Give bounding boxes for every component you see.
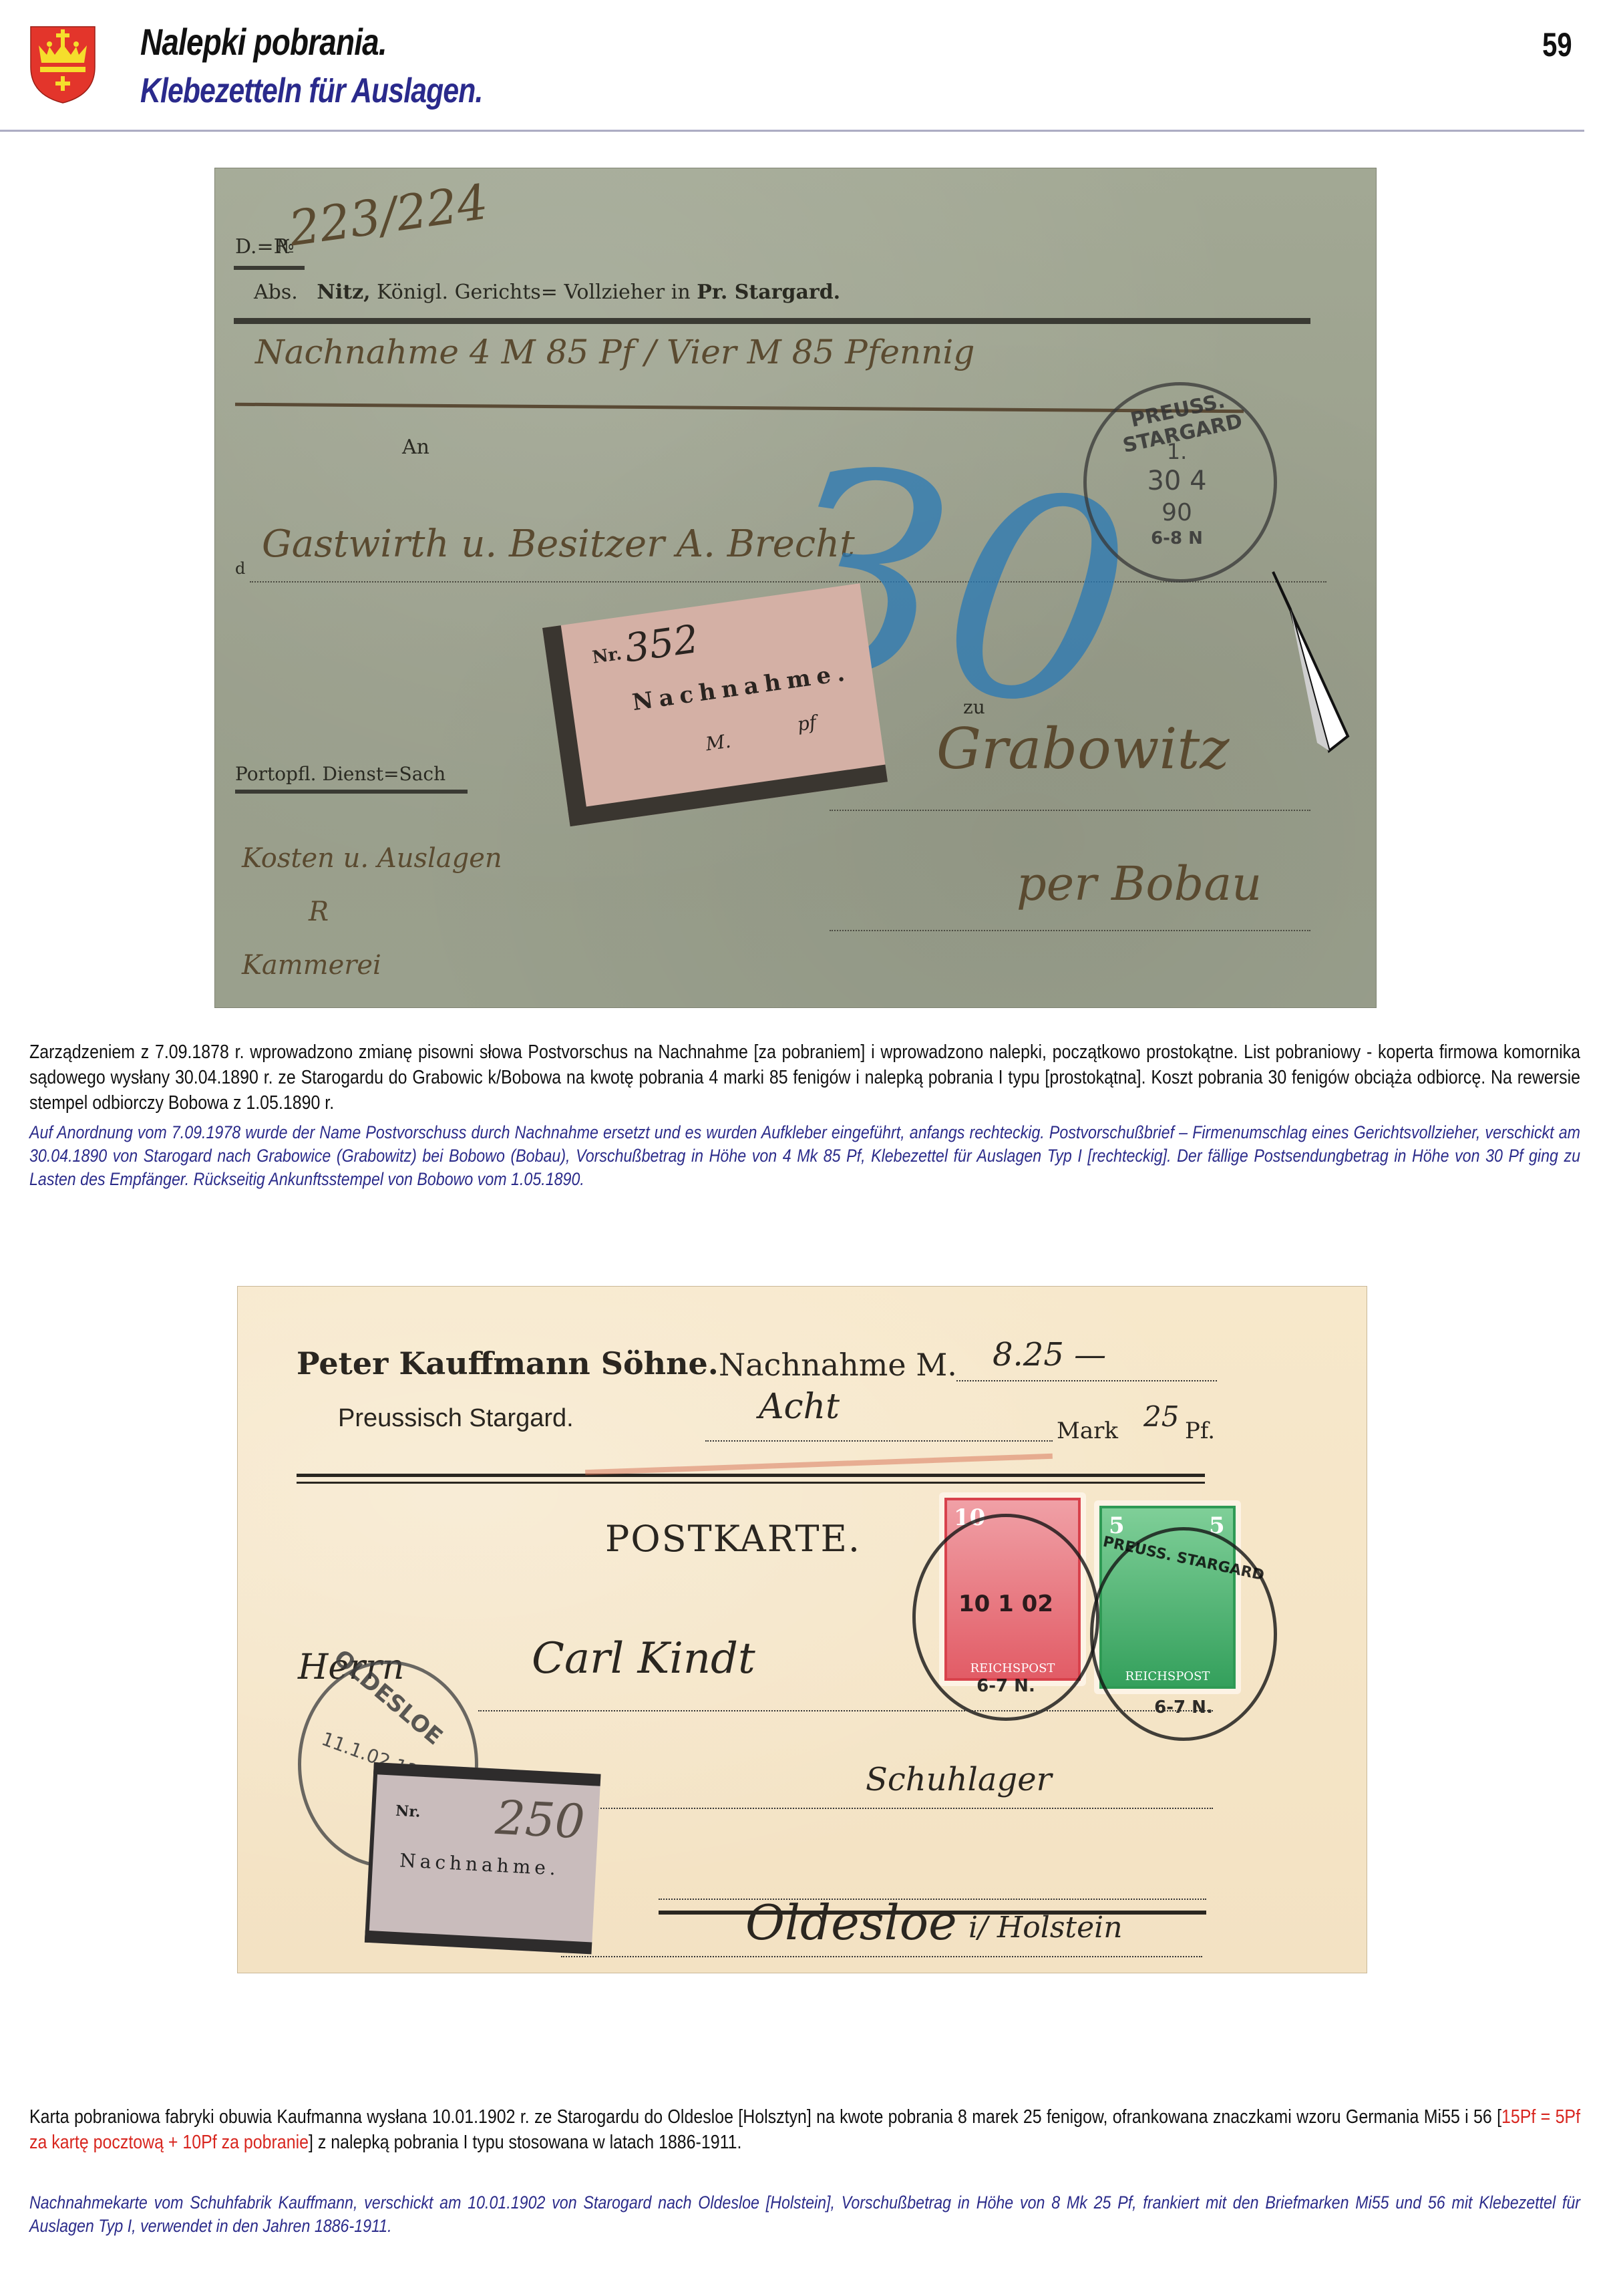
sender-title: Königl. Gerichts= Vollzieher in <box>377 281 691 304</box>
handwritten-cod-amount: Nachnahme 4 M 85 Pf / Vier M 85 Pfennig <box>255 333 974 371</box>
coat-of-arms-icon <box>29 25 96 104</box>
label-pf: pf <box>796 711 818 735</box>
city-rule <box>659 1911 1206 1915</box>
handwritten-register-number: 223/224 <box>286 174 492 257</box>
region-dotted-line <box>561 1956 1202 1957</box>
caption-2-german: Nachnahmekarte vom Schuhfabrik Kauffmann… <box>29 2191 1580 2238</box>
header-rule-bottom <box>297 1482 1205 1484</box>
caption-1-polish: Zarządzeniem z 7.09.1878 r. wprowadzono … <box>29 1039 1580 1116</box>
amount-words-dotted-line <box>705 1440 1053 1442</box>
handwritten-via: per Bobau <box>1017 856 1262 911</box>
handwritten-note-3: Kammerei <box>242 950 381 981</box>
cancel-stargard-1: 10 1 02 6-7 N. <box>912 1514 1099 1721</box>
recipient-dotted-line <box>478 1710 1213 1711</box>
firm-name: Peter Kauffmann Söhne. <box>297 1345 719 1381</box>
pointer-arrow-icon <box>1270 569 1351 756</box>
handwritten-pf: 25 <box>1143 1400 1179 1433</box>
mark-label: Mark <box>1057 1418 1118 1444</box>
city-dotted-line <box>659 1899 1206 1900</box>
cover-envelope-1890: D.=R № 223/224 Abs. Nitz, Königl. Gerich… <box>215 168 1376 1007</box>
label-nr-prefix: Nr. <box>591 644 623 668</box>
sender-prefix: Abs. <box>254 281 298 304</box>
firm-town: Preussisch Stargard. <box>338 1404 574 1433</box>
label2-title: Nachnahme. <box>399 1849 560 1880</box>
cod-label-1902: Nr. 250 Nachnahme. <box>365 1762 601 1954</box>
page-subtitle: Klebezetteln für Auslagen. <box>140 71 483 111</box>
page-title: Nalepki pobrania. <box>140 20 387 63</box>
handwritten-city: Oldesloe <box>745 1895 957 1951</box>
caption-1-german: Auf Anordnung vom 7.09.1978 wurde der Na… <box>29 1121 1580 1191</box>
label2-nr-value: 250 <box>494 1790 586 1850</box>
nachnahme-label: Nachnahme M. <box>719 1347 957 1383</box>
handwritten-occupation: Schuhlager <box>866 1761 1052 1798</box>
via-dotted-line <box>830 930 1310 931</box>
caption-2-polish: Karta pobraniowa fabryki obuwia Kaufmann… <box>29 2104 1580 2155</box>
sender-name: Nitz, <box>317 281 370 304</box>
amount-dotted-line <box>956 1380 1217 1381</box>
handwritten-amount: 8.25 — <box>993 1336 1106 1373</box>
page-number: 59 <box>1543 25 1573 64</box>
cancel-stargard-2: PREUSS. STARGARD 6-7 N. <box>1090 1527 1277 1741</box>
header-divider <box>0 130 1584 132</box>
amount-underline <box>235 403 1244 414</box>
sender-town: Pr. Stargard. <box>697 281 840 304</box>
service-label: Portopfl. Dienst=Sach <box>235 763 445 785</box>
postkarte-title: POSTKARTE. <box>605 1518 861 1560</box>
handwritten-note-2: R <box>309 896 329 927</box>
handwritten-region: i/ Holstein <box>968 1911 1123 1945</box>
register-underline <box>234 266 305 270</box>
sender-rule <box>234 318 1310 324</box>
service-rule <box>235 790 468 794</box>
label-title: Nachnahme. <box>631 659 852 716</box>
label-mark: M. <box>704 730 732 756</box>
destination-dotted-line <box>830 810 1310 811</box>
label2-nr-prefix: Nr. <box>395 1802 421 1821</box>
sender-line: Abs. Nitz, Königl. Gerichts= Vollzieher … <box>254 281 840 304</box>
postmark-preuss-stargard: PREUSS. STARGARD 1. 30 4 90 6-8 N <box>1083 382 1277 583</box>
handwritten-recipient: Carl Kindt <box>532 1634 755 1683</box>
handwritten-addressee: Gastwirth u. Besitzer A. Brecht <box>262 522 855 566</box>
handwritten-note-1: Kosten u. Auslagen <box>242 843 502 874</box>
to-label: An <box>402 436 429 459</box>
handwritten-amount-words: Acht <box>759 1387 840 1427</box>
header-rule-top <box>297 1474 1205 1477</box>
pf-label: Pf. <box>1185 1418 1215 1444</box>
addressee-prefix: d <box>235 559 245 578</box>
red-crayon-stroke <box>585 1454 1053 1475</box>
label-nr-value: 352 <box>622 616 701 671</box>
